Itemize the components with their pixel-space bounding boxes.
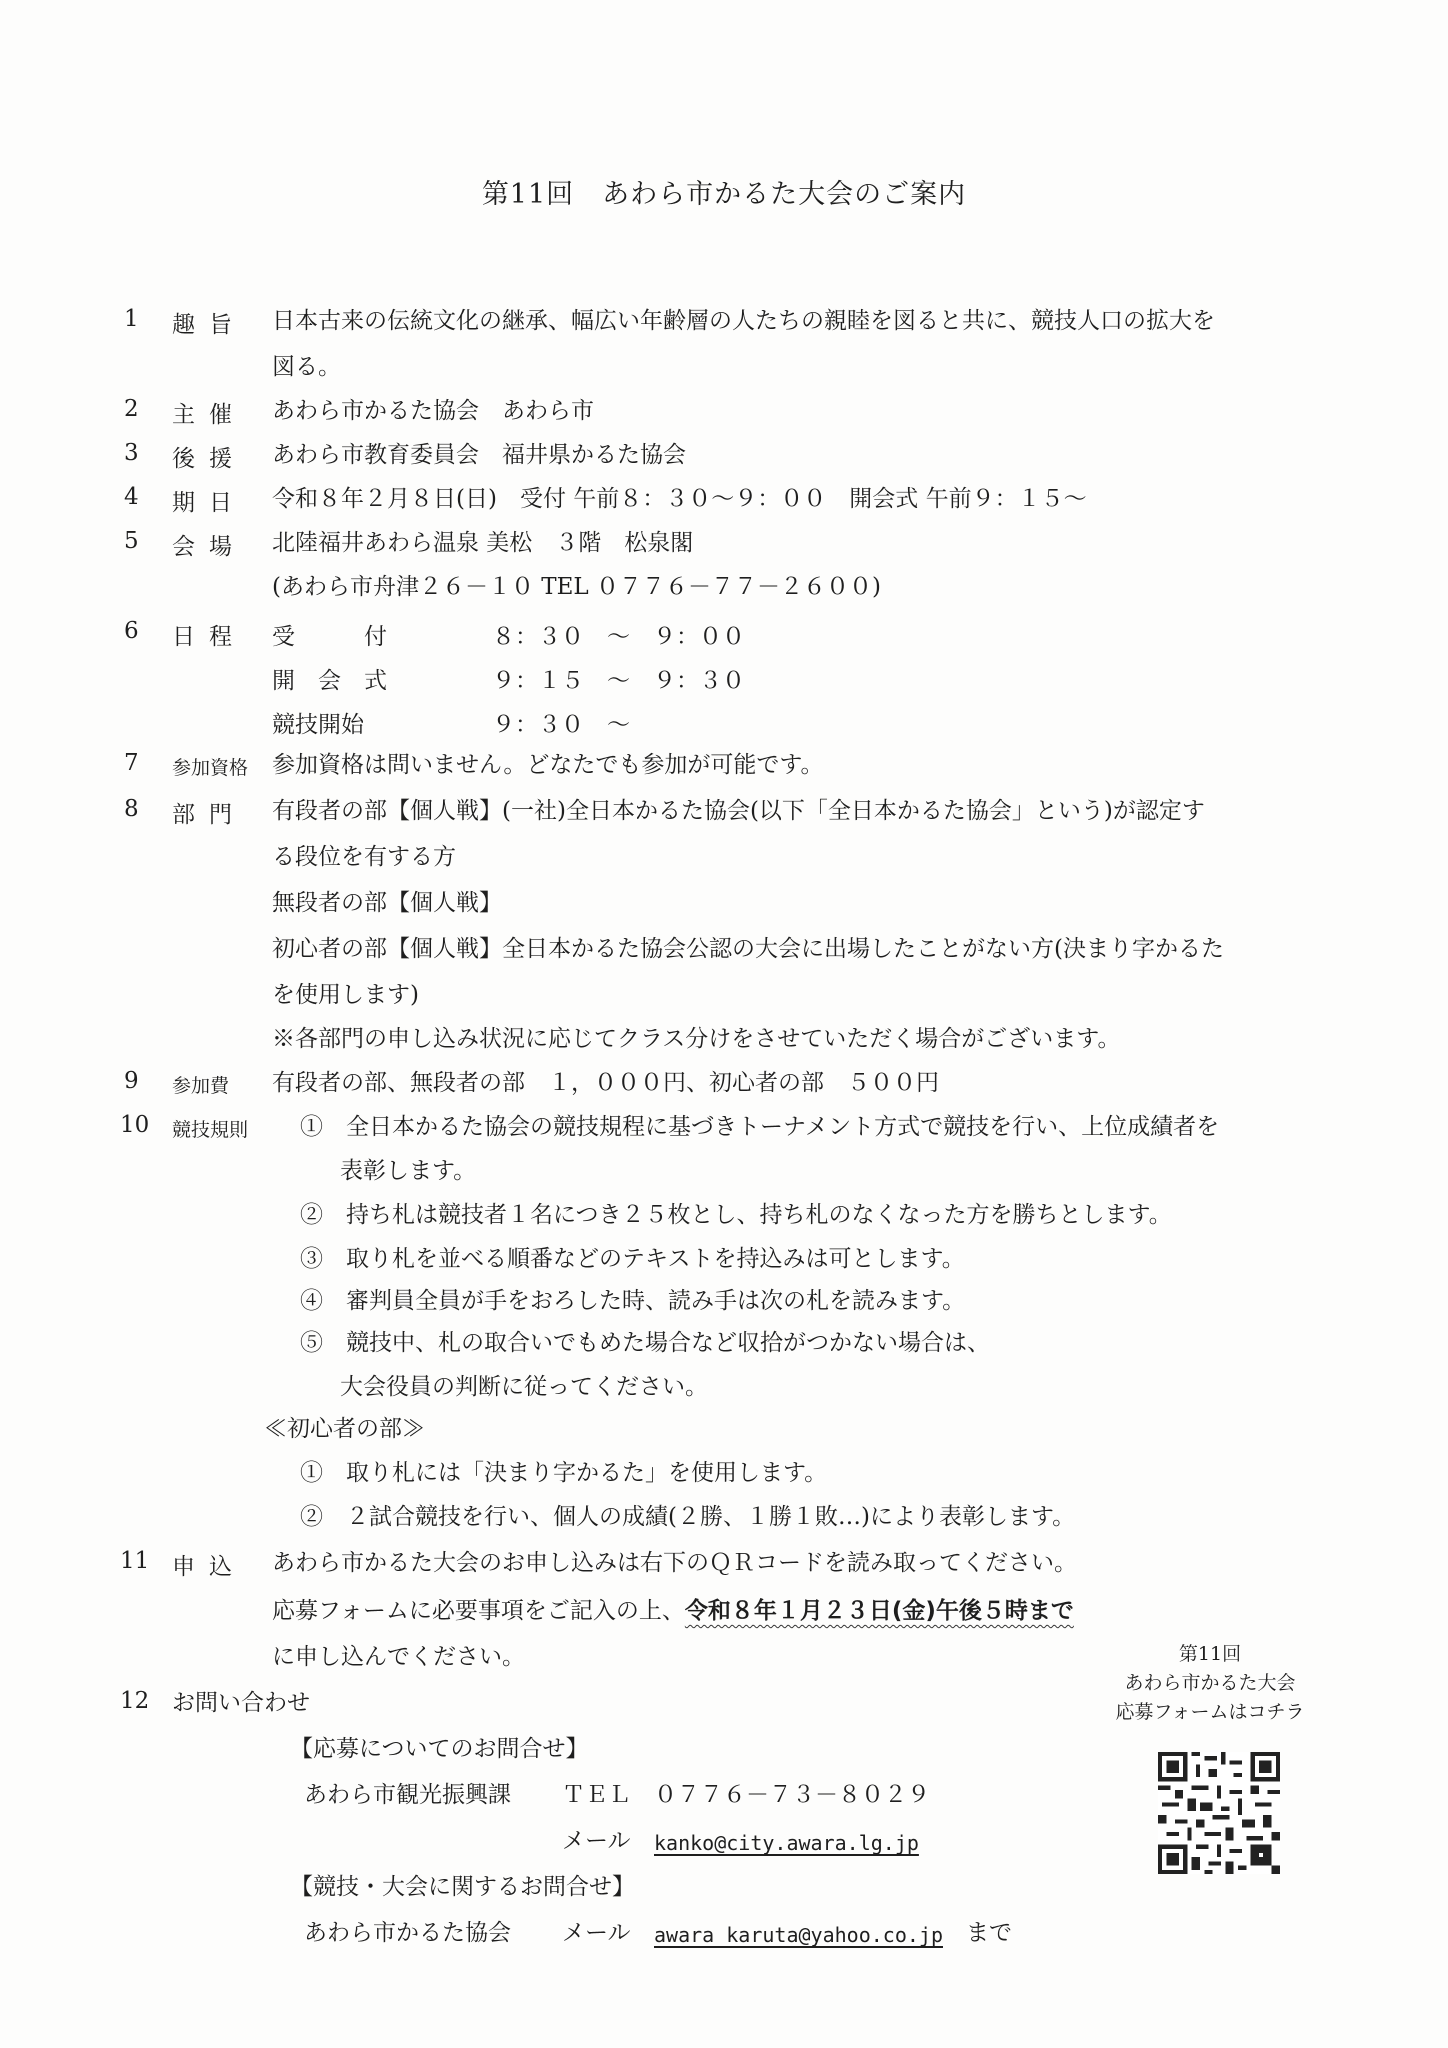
schedule-time: ８：３０ ～ ９：００ <box>492 624 745 650</box>
rule-item: ① 全日本かるた協会の競技規程に基づきトーナメント方式で競技を行い、上位成績者を <box>300 1112 1219 1142</box>
section-label: 会場 <box>172 528 246 561</box>
schedule-item: 受 付 <box>272 618 492 651</box>
rule-item: ⑤ 競技中、札の取合いでもめた場合など収拾がつかない場合は、 <box>300 1328 990 1358</box>
fee-text: 有段者の部、無段者の部 １，０００円、初心者の部 ５００円 <box>272 1068 939 1098</box>
application-deadline: 令和８年１月２３日(金)午後５時まで <box>685 1598 1074 1624</box>
application-text: 応募フォームに必要事項をご記入の上、令和８年１月２３日(金)午後５時まで <box>272 1596 1074 1626</box>
schedule-item: 競技開始 <box>272 706 492 739</box>
rule-item: 大会役員の判断に従ってください。 <box>340 1372 708 1402</box>
section-number: 2 <box>124 396 164 422</box>
venue-text: 北陸福井あわら温泉 美松 ３階 松泉閣 <box>272 528 693 558</box>
venue-address: (あわら市舟津２６－１０ TEL ０７７６－７７－２６００) <box>272 572 881 602</box>
eligibility-text: 参加資格は問いません。どなたでも参加が可能です。 <box>272 750 824 780</box>
application-inquiry-heading: 【応募についてのお問合せ】 <box>290 1734 589 1764</box>
section-number: 12 <box>120 1688 160 1714</box>
beginner-rule: ① 取り札には「決まり字かるた」を使用します。 <box>300 1458 827 1488</box>
division-text: 無段者の部【個人戦】 <box>272 888 502 918</box>
application-instruction: 応募フォームに必要事項をご記入の上、 <box>272 1598 685 1624</box>
section-label: 部門 <box>172 796 246 829</box>
document-page: 第11回 あわら市かるた大会のご案内 1 趣旨 日本古来の伝統文化の継承、幅広い… <box>0 0 1448 2048</box>
section-number: 8 <box>124 796 164 822</box>
rule-item: ② 持ち札は競技者１名につき２５枚とし、持ち札のなくなった方を勝ちとします。 <box>300 1200 1172 1230</box>
section-label: 参加費 <box>172 1071 229 1098</box>
competition-inquiry-heading: 【競技・大会に関するお問合せ】 <box>290 1872 635 1902</box>
application-text: に申し込んでください。 <box>272 1642 525 1672</box>
competition-email-link[interactable]: awara_karuta@yahoo.co.jp <box>654 1920 943 1950</box>
section-label: 参加資格 <box>172 753 248 780</box>
qr-caption-line: 第11回 <box>1080 1640 1340 1669</box>
qr-caption-line: あわら市かるた大会 <box>1080 1669 1340 1698</box>
application-inquiry-tel: ＴＥＬ ０７７６－７３－８０２９ <box>562 1780 930 1810</box>
qr-caption: 第11回 あわら市かるた大会 応募フォームはコチラ <box>1080 1640 1340 1727</box>
qr-caption-line: 応募フォームはコチラ <box>1080 1698 1340 1727</box>
sponsor-text: あわら市教育委員会 福井県かるた協会 <box>272 440 686 470</box>
purpose-text: 日本古来の伝統文化の継承、幅広い年齢層の人たちの親睦を図ると共に、競技人口の拡大… <box>272 306 1215 336</box>
section-number: 5 <box>124 528 164 554</box>
section-number: 9 <box>124 1068 164 1094</box>
section-label: 期日 <box>172 484 246 517</box>
application-inquiry-org: あわら市観光振興課 <box>304 1780 511 1810</box>
competition-inquiry-org: あわら市かるた協会 <box>304 1918 511 1948</box>
application-text: あわら市かるた大会のお申し込みは右下のＱＲコードを読み取ってください。 <box>272 1548 1077 1578</box>
section-number: 3 <box>124 440 164 466</box>
rule-item: ③ 取り札を並べる順番などのテキストを持込みは可とします。 <box>300 1244 965 1274</box>
section-number: 11 <box>120 1548 160 1574</box>
schedule-row: 開 会 式９：１５ ～ ９：３０ <box>272 662 745 695</box>
mail-label: メール <box>562 1826 631 1856</box>
mail-label: メール <box>562 1918 631 1948</box>
date-text: 令和８年２月８日(日) 受付 午前８：３０～９：００ 開会式 午前９：１５～ <box>272 484 1087 514</box>
division-text: 初心者の部【個人戦】全日本かるた協会公認の大会に出場したことがない方(決まり字か… <box>272 934 1224 964</box>
competition-suffix: まで <box>966 1918 1012 1948</box>
qr-code-icon[interactable] <box>1158 1752 1280 1874</box>
application-email-link[interactable]: kanko@city.awara.lg.jp <box>654 1828 919 1858</box>
schedule-row: 受 付８：３０ ～ ９：００ <box>272 618 745 651</box>
section-label: お問い合わせ <box>172 1688 310 1718</box>
schedule-time: ９：３０ ～ <box>492 712 630 738</box>
page-title: 第11回 あわら市かるた大会のご案内 <box>0 172 1448 211</box>
section-label: 日程 <box>172 618 246 651</box>
section-number: 1 <box>124 306 164 332</box>
section-label: 後援 <box>172 440 246 473</box>
division-text: る段位を有する方 <box>272 842 456 872</box>
schedule-row: 競技開始９：３０ ～ <box>272 706 630 739</box>
division-text: を使用します) <box>272 980 419 1010</box>
section-label: 趣旨 <box>172 306 246 339</box>
section-number: 6 <box>124 618 164 644</box>
rule-item: 表彰します。 <box>340 1156 476 1186</box>
beginner-heading: ≪初心者の部≫ <box>264 1414 425 1444</box>
organizer-text: あわら市かるた協会 あわら市 <box>272 396 594 426</box>
section-label: 主催 <box>172 396 246 429</box>
beginner-rule: ② ２試合競技を行い、個人の成績(２勝、１勝１敗…)により表彰します。 <box>300 1502 1075 1532</box>
section-label: 競技規則 <box>172 1115 248 1142</box>
rule-item: ④ 審判員全員が手をおろした時、読み手は次の札を読みます。 <box>300 1286 965 1316</box>
purpose-text: 図る。 <box>272 352 341 382</box>
schedule-time: ９：１５ ～ ９：３０ <box>492 668 745 694</box>
section-number: 7 <box>124 750 164 776</box>
schedule-item: 開 会 式 <box>272 662 492 695</box>
division-text: 有段者の部【個人戦】(一社)全日本かるた協会(以下「全日本かるた協会」という)が… <box>272 796 1205 826</box>
section-number: 10 <box>120 1112 160 1138</box>
division-note: ※各部門の申し込み状況に応じてクラス分けをさせていただく場合がございます。 <box>272 1024 1120 1054</box>
section-number: 4 <box>124 484 164 510</box>
section-label: 申込 <box>172 1548 246 1581</box>
